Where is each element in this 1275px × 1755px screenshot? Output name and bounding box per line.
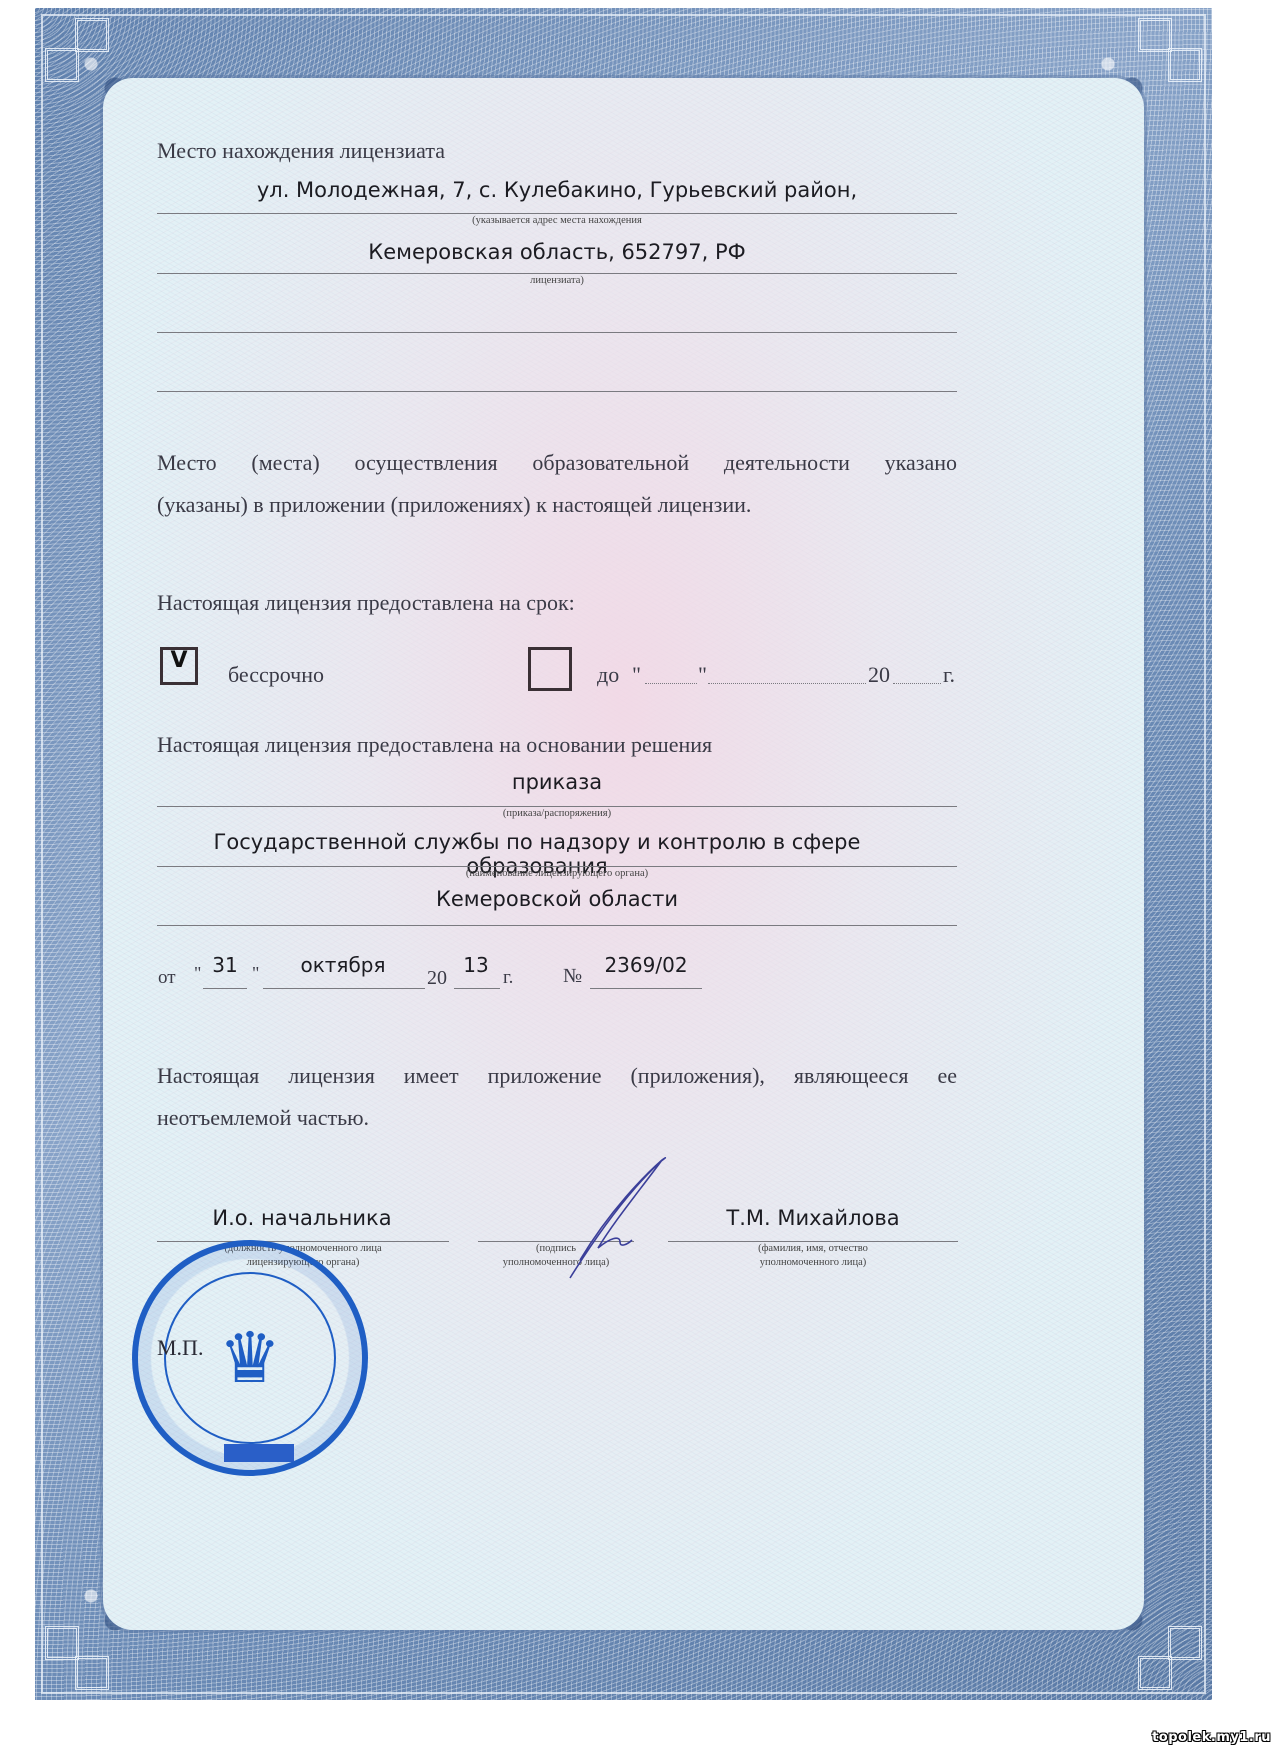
site-watermark: topolek.my1.ru <box>1152 1730 1271 1745</box>
term-until-checkbox[interactable] <box>528 647 572 691</box>
order-number: 2369/02 <box>590 953 702 977</box>
authority-caption: (наименование лицензирующего органа) <box>157 868 957 879</box>
term-until-day-field[interactable] <box>645 683 697 684</box>
basis-type-caption: (приказа/распоряжения) <box>157 808 957 819</box>
term-until-year-suffix: г. <box>943 662 955 688</box>
corner-square-icon <box>75 1656 109 1690</box>
term-label: Настоящая лицензия предоставлена на срок… <box>157 590 575 616</box>
order-day: 31 <box>205 953 245 977</box>
address-underline-1 <box>157 213 957 214</box>
term-unlimited-label: бессрочно <box>228 662 324 688</box>
authority-line-2: Кемеровской области <box>157 887 957 911</box>
order-quote-close: " <box>252 963 259 984</box>
activity-place-line-1: Место (места) осуществления образователь… <box>157 450 957 476</box>
location-label: Место нахождения лицензиата <box>157 138 445 164</box>
order-month-underline <box>263 988 425 989</box>
order-year-underline <box>454 988 500 989</box>
term-unlimited-checkbox[interactable]: V <box>160 647 198 685</box>
address-line-1: ул. Молодежная, 7, с. Кулебакино, Гурьев… <box>157 178 957 202</box>
check-mark-icon: V <box>163 648 195 673</box>
name-caption-2: уполномоченного лица) <box>668 1257 958 1268</box>
basis-label: Настоящая лицензия предоставлена на осно… <box>157 732 712 758</box>
order-number-underline <box>590 988 702 989</box>
term-until-year-field[interactable] <box>893 683 941 684</box>
name-underline <box>668 1241 958 1242</box>
appendix-line-1: Настоящая лицензия имеет приложение (при… <box>157 1063 957 1089</box>
order-year-suffix: г. <box>503 967 513 989</box>
corner-square-icon <box>1138 18 1172 52</box>
address-caption-1: (указывается адрес места нахождения <box>157 215 957 226</box>
activity-place-line-2: (указаны) в приложении (приложениях) к н… <box>157 492 751 518</box>
order-month: октября <box>263 953 423 977</box>
address-underline-2 <box>157 273 957 274</box>
corner-square-icon <box>75 18 109 52</box>
order-day-underline <box>203 988 247 989</box>
authority-underline-2 <box>157 925 957 926</box>
double-headed-eagle-icon: ♛ <box>219 1323 282 1393</box>
authority-underline-1 <box>157 866 957 867</box>
order-year: 13 <box>454 953 498 977</box>
order-quote-open: " <box>194 963 201 984</box>
term-until-month-field[interactable] <box>708 683 866 684</box>
blank-line-2 <box>157 391 957 392</box>
order-year-prefix: 20 <box>427 967 447 990</box>
basis-type: приказа <box>157 770 957 794</box>
term-until-quote-close: " <box>698 662 707 688</box>
term-until-label: до <box>597 662 619 688</box>
name-caption-1: (фамилия, имя, отчество <box>668 1243 958 1254</box>
corner-square-icon <box>45 1626 79 1660</box>
order-number-label: № <box>563 965 582 988</box>
blank-line-1 <box>157 332 957 333</box>
corner-square-icon <box>1138 1656 1172 1690</box>
order-from-label: от <box>158 967 176 989</box>
address-line-2: Кемеровская область, 652797, РФ <box>157 240 957 264</box>
position-underline <box>157 1241 449 1242</box>
signatory-position: И.о. начальника <box>157 1206 447 1230</box>
seal-label: М.П. <box>157 1335 203 1361</box>
corner-square-icon <box>45 48 79 82</box>
signatory-name: Т.М. Михайлова <box>668 1206 958 1230</box>
term-until-quote-open: " <box>632 662 641 688</box>
term-until-year-prefix: 20 <box>868 662 890 688</box>
corner-square-icon <box>1168 48 1202 82</box>
appendix-line-2: неотъемлемой частью. <box>157 1105 369 1131</box>
corner-square-icon <box>1168 1626 1202 1660</box>
signature-scribble-icon <box>520 1150 680 1290</box>
basis-type-underline <box>157 806 957 807</box>
address-caption-2: лицензиата) <box>157 275 957 286</box>
seal-bar <box>224 1444 294 1462</box>
